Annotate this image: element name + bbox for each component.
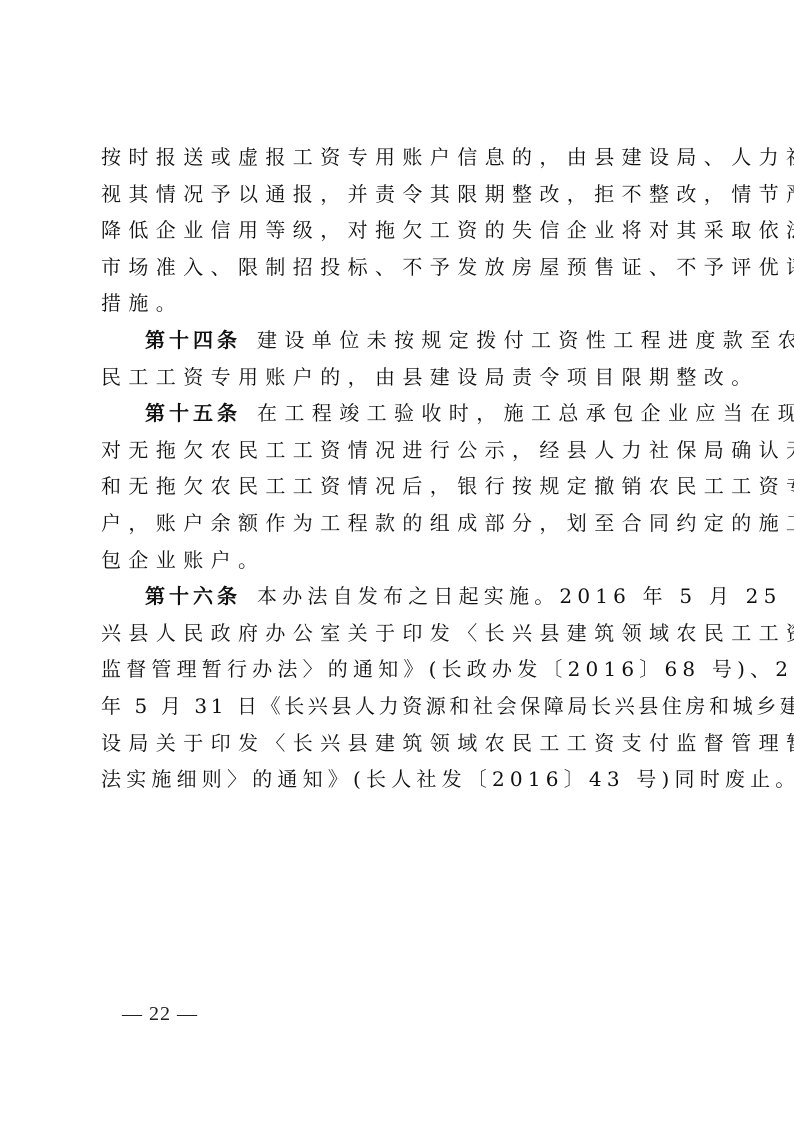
text-line: 对无拖欠农民工工资情况进行公示，经县人力社保局确认无克扣 — [101, 432, 691, 469]
text-line: 视其情况予以通报，并责令其限期整改，拒不整改，情节严重的， — [101, 176, 691, 213]
article-15-first-line: 第十五条在工程竣工验收时，施工总承包企业应当在现场 — [101, 395, 691, 432]
text-line: 法实施细则〉的通知》(长人社发〔2016〕43 号)同时废止。 — [101, 761, 691, 798]
text-line: 市场准入、限制招投标、不予发放房屋预售证、不予评优评先等 — [101, 249, 691, 286]
text-line: 降低企业信用等级，对拖欠工资的失信企业将对其采取依法限制 — [101, 212, 691, 249]
article-16-first-line: 第十六条本办法自发布之日起实施。2016 年 5 月 25 日《长 — [101, 578, 691, 615]
article-14-first-line: 第十四条建设单位未按规定拨付工资性工程进度款至农 — [101, 322, 691, 359]
text-line: 和无拖欠农民工工资情况后，银行按规定撤销农民工工资专用账 — [101, 468, 691, 505]
article-15-heading: 第十五条 — [145, 401, 241, 425]
article-15-text: 在工程竣工验收时，施工总承包企业应当在现场 — [257, 401, 794, 425]
text-line: 兴县人民政府办公室关于印发〈长兴县建筑领域农民工工资支付 — [101, 615, 691, 652]
document-body: 按时报送或虚报工资专用账户信息的，由县建设局、人力社保局 视其情况予以通报，并责… — [101, 139, 691, 798]
article-14-heading: 第十四条 — [145, 328, 241, 352]
article-16-text: 本办法自发布之日起实施。2016 年 5 月 25 日《长 — [257, 584, 794, 608]
text-line: 包企业账户。 — [101, 542, 691, 579]
text-line: 措施。 — [101, 285, 691, 322]
text-line: 年 5 月 31 日《长兴县人力资源和社会保障局长兴县住房和城乡建 — [101, 688, 691, 725]
page-number: — 22 — — [122, 1003, 198, 1026]
text-line: 按时报送或虚报工资专用账户信息的，由县建设局、人力社保局 — [101, 139, 691, 176]
text-line: 户，账户余额作为工程款的组成部分，划至合同约定的施工总承 — [101, 505, 691, 542]
text-line: 民工工资专用账户的，由县建设局责令项目限期整改。 — [101, 359, 691, 396]
article-14-text: 建设单位未按规定拨付工资性工程进度款至农 — [257, 328, 794, 352]
article-16-heading: 第十六条 — [145, 584, 241, 608]
text-line: 监督管理暂行办法〉的通知》(长政办发〔2016〕68 号)、2016 — [101, 651, 691, 688]
text-line: 设局关于印发〈长兴县建筑领域农民工工资支付监督管理暂行办 — [101, 725, 691, 762]
